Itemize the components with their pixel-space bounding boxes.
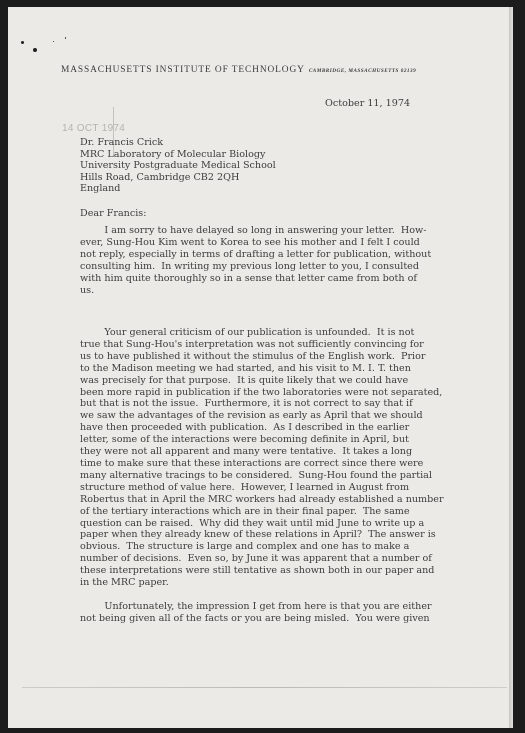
body-line: was precisely for that purpose. It is qu…: [80, 375, 444, 387]
body-line: we saw the advantages of the revision as…: [80, 410, 444, 422]
body-line: ever, Sung-Hou Kim went to Korea to see …: [80, 237, 431, 249]
body-line: I am sorry to have delayed so long in an…: [80, 225, 431, 237]
letter-date: October 11, 1974: [325, 98, 410, 109]
letterhead: MASSACHUSETTS INSTITUTE OF TECHNOLOGYCAM…: [61, 59, 416, 77]
fold-line: [22, 687, 507, 688]
body-line: letter, some of the interactions were be…: [80, 434, 444, 446]
address-line: University Postgraduate Medical School: [80, 160, 276, 172]
body-line: time to make sure that these interaction…: [80, 458, 444, 470]
address-line: England: [80, 183, 276, 195]
body-line: many alternative tracings to be consider…: [80, 470, 444, 482]
body-line: structure method of value here. However,…: [80, 482, 444, 494]
received-stamp: 14 OCT 1974: [62, 123, 125, 134]
body-line: to the Madison meeting we had started, a…: [80, 363, 444, 375]
body-line: not reply, especially in terms of drafti…: [80, 249, 431, 261]
salutation: Dear Francis:: [80, 208, 146, 219]
body-paragraph-3: Unfortunately, the impression I get from…: [80, 601, 432, 625]
body-paragraph-2: Your general criticism of our publicatio…: [80, 327, 444, 589]
ink-speck: [53, 41, 54, 42]
body-line: not being given all of the facts or you …: [80, 613, 432, 625]
letter-page: MASSACHUSETTS INSTITUTE OF TECHNOLOGYCAM…: [8, 7, 513, 728]
body-line: us.: [80, 285, 431, 297]
body-line: number of decisions. Even so, by June it…: [80, 553, 444, 565]
body-line: Your general criticism of our publicatio…: [80, 327, 444, 339]
body-line: have then proceeded with publication. As…: [80, 422, 444, 434]
body-line: but that is not the issue. Furthermore, …: [80, 398, 444, 410]
ink-speck: [21, 41, 24, 44]
body-line: been more rapid in publication if the tw…: [80, 387, 444, 399]
body-line: with him quite thoroughly so in a sense …: [80, 273, 431, 285]
page-edge: [509, 7, 513, 728]
address-line: Dr. Francis Crick: [80, 137, 276, 149]
ink-speck: [65, 37, 66, 39]
body-line: they were not all apparent and many were…: [80, 446, 444, 458]
institution-name: MASSACHUSETTS INSTITUTE OF TECHNOLOGY: [61, 65, 305, 75]
body-line: us to have published it without the stim…: [80, 351, 444, 363]
body-line: consulting him. In writing my previous l…: [80, 261, 431, 273]
ink-speck: [33, 48, 37, 52]
body-line: true that Sung-Hou's interpretation was …: [80, 339, 444, 351]
body-line: in the MRC paper.: [80, 577, 444, 589]
body-line: these interpretations were still tentati…: [80, 565, 444, 577]
address-line: Hills Road, Cambridge CB2 2QH: [80, 172, 276, 184]
recipient-address: Dr. Francis Crick MRC Laboratory of Mole…: [80, 137, 276, 195]
body-line: paper when they already knew of these re…: [80, 529, 444, 541]
address-line: MRC Laboratory of Molecular Biology: [80, 149, 276, 161]
body-line: Robertus that in April the MRC workers h…: [80, 494, 444, 506]
body-line: obvious. The structure is large and comp…: [80, 541, 444, 553]
body-line: of the tertiary interactions which are i…: [80, 506, 444, 518]
body-line: Unfortunately, the impression I get from…: [80, 601, 432, 613]
body-paragraph-1: I am sorry to have delayed so long in an…: [80, 225, 431, 296]
body-line: question can be raised. Why did they wai…: [80, 518, 444, 530]
institution-address: CAMBRIDGE, MASSACHUSETTS 02139: [309, 68, 416, 74]
